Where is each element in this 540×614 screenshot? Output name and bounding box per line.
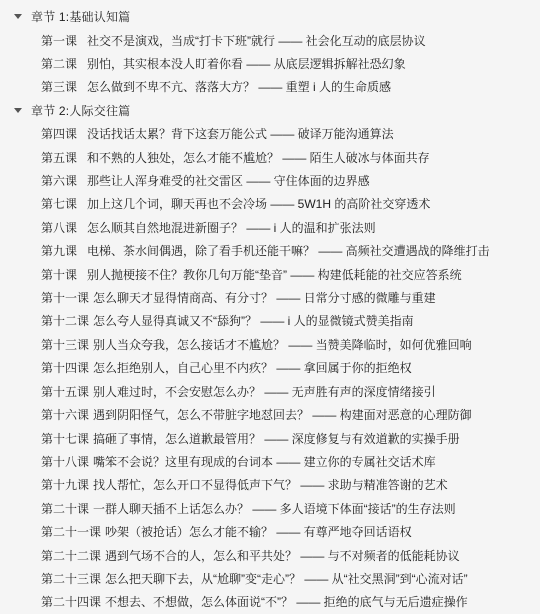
lesson-row[interactable]: 第四课没话找话太累？背下这套万能公式 —— 破译万能沟通算法 [0, 122, 540, 145]
lesson-title: 没话找话太累？背下这套万能公式 —— 破译万能沟通算法 [87, 125, 394, 142]
lesson-row[interactable]: 第十六课遇到阴阳怪气，怎么不带脏字地怼回去？ —— 构建面对恶意的心理防御 [0, 403, 540, 426]
lesson-label: 第二十三课 [41, 570, 101, 587]
lesson-row[interactable]: 第十九课找人帮忙，怎么开口不显得低声下气？ —— 求助与精准答谢的艺术 [0, 473, 540, 496]
section-heading: 章节 2:人际交往篇 [31, 102, 130, 119]
lesson-title: 遇到气场不合的人，怎么和平共处？ —— 与不对频者的低能耗协议 [105, 547, 460, 564]
lesson-title: 嘴笨不会说？这里有现成的台词本 —— 建立你的专属社交话术库 [93, 453, 436, 470]
lesson-title: 别怕，其实根本没人盯着你看 —— 从底层逻辑拆解社恐幻象 [87, 55, 406, 72]
lesson-label: 第十三课 [41, 336, 89, 353]
lesson-row[interactable]: 第二十三课怎么把天聊下去，从“尬聊”变“走心”？ —— 从“社交黑洞”到“心流对… [0, 567, 540, 590]
lesson-label: 第五课 [41, 149, 77, 166]
lesson-row[interactable]: 第二十四课不想去、不想做，怎么体面说“不”？ —— 拒绝的底气与无后遗症操作 [0, 590, 540, 613]
lesson-row[interactable]: 第十三课别人当众夸我，怎么接话才不尴尬？ —— 当赞美降临时，如何优雅回响 [0, 333, 540, 356]
section-heading: 章节 1:基础认知篇 [31, 8, 130, 25]
lesson-label: 第十九课 [41, 476, 89, 493]
lesson-label: 第四课 [41, 125, 77, 142]
lesson-label: 第一课 [41, 32, 77, 49]
lesson-row[interactable]: 第一课社交不是演戏，当成“打卡下班”就行 —— 社会化互动的底层协议 [0, 28, 540, 51]
lesson-title: 怎么聊天才显得情商高、有分寸？ —— 日常分寸感的微雕与重建 [93, 289, 436, 306]
lesson-row[interactable]: 第九课电梯、茶水间偶遇，除了看手机还能干嘛？ —— 高频社交遭遇战的降维打击 [0, 239, 540, 262]
lesson-label: 第二十课 [41, 500, 89, 517]
chevron-down-icon[interactable] [14, 108, 22, 113]
lesson-row[interactable]: 第六课那些让人浑身难受的社交雷区 —— 守住体面的边界感 [0, 169, 540, 192]
lesson-label: 第十七课 [41, 430, 89, 447]
lesson-label: 第二十一课 [41, 523, 101, 540]
lesson-title: 别人当众夸我，怎么接话才不尴尬？ —— 当赞美降临时，如何优雅回响 [93, 336, 472, 353]
lesson-row[interactable]: 第二十一课吵架（被抢话）怎么才能不输？ —— 有尊严地夺回话语权 [0, 520, 540, 543]
section-header[interactable]: 章节 1:基础认知篇 [0, 5, 540, 28]
lesson-title: 怎么做到不卑不亢、落落大方？ —— 重塑 i 人的生命质感 [87, 78, 391, 95]
lesson-title: 别人难过时，不会安慰怎么办？ —— 无声胜有声的深度情绪接引 [93, 383, 436, 400]
lesson-title: 别人抛梗接不住？教你几句万能“垫音” —— 构建低耗能的社交应答系统 [87, 266, 462, 283]
lesson-title: 社交不是演戏，当成“打卡下班”就行 —— 社会化互动的底层协议 [87, 32, 426, 49]
section-header[interactable]: 章节 2:人际交往篇 [0, 99, 540, 122]
lesson-label: 第九课 [41, 242, 77, 259]
lesson-label: 第十六课 [41, 406, 89, 423]
lesson-row[interactable]: 第十八课嘴笨不会说？这里有现成的台词本 —— 建立你的专属社交话术库 [0, 450, 540, 473]
lesson-row[interactable]: 第十七课搞砸了事情，怎么道歉最管用？ —— 深度修复与有效道歉的实操手册 [0, 426, 540, 449]
lesson-row[interactable]: 第十四课怎么拒绝别人，自己心里不内疚？ —— 拿回属于你的拒绝权 [0, 356, 540, 379]
lesson-label: 第二课 [41, 55, 77, 72]
lesson-title: 怎么拒绝别人，自己心里不内疚？ —— 拿回属于你的拒绝权 [93, 359, 412, 376]
lesson-title: 遇到阴阳怪气，怎么不带脏字地怼回去？ —— 构建面对恶意的心理防御 [93, 406, 472, 423]
lesson-row[interactable]: 第二课别怕，其实根本没人盯着你看 —— 从底层逻辑拆解社恐幻象 [0, 52, 540, 75]
lesson-row[interactable]: 第五课和不熟的人独处，怎么才能不尴尬？ —— 陌生人破冰与体面共存 [0, 145, 540, 168]
lesson-title: 不想去、不想做，怎么体面说“不”？ —— 拒绝的底气与无后遗症操作 [105, 593, 468, 610]
lesson-row[interactable]: 第十课别人抛梗接不住？教你几句万能“垫音” —— 构建低耗能的社交应答系统 [0, 262, 540, 285]
lesson-title: 加上这几个词，聊天再也不会冷场 —— 5W1H 的高阶社交穿透术 [87, 195, 430, 212]
lesson-label: 第十五课 [41, 383, 89, 400]
lesson-label: 第二十二课 [41, 547, 101, 564]
chevron-down-icon[interactable] [14, 14, 22, 19]
lesson-label: 第二十四课 [41, 593, 101, 610]
lesson-row[interactable]: 第二十二课遇到气场不合的人，怎么和平共处？ —— 与不对频者的低能耗协议 [0, 543, 540, 566]
lesson-title: 吵架（被抢话）怎么才能不输？ —— 有尊严地夺回话语权 [105, 523, 412, 540]
lesson-row[interactable]: 第十五课别人难过时，不会安慰怎么办？ —— 无声胜有声的深度情绪接引 [0, 380, 540, 403]
lesson-label: 第十一课 [41, 289, 89, 306]
lesson-row[interactable]: 第十二课怎么夸人显得真诚又不“舔狗”？ —— i 人的显微镜式赞美指南 [0, 309, 540, 332]
lesson-title: 和不熟的人独处，怎么才能不尴尬？ —— 陌生人破冰与体面共存 [87, 149, 430, 166]
lesson-row[interactable]: 第三课怎么做到不卑不亢、落落大方？ —— 重塑 i 人的生命质感 [0, 75, 540, 98]
lesson-label: 第三课 [41, 78, 77, 95]
lesson-title: 怎么顺其自然地混进新圈子？ —— i 人的温和扩张法则 [87, 219, 376, 236]
lesson-title: 找人帮忙，怎么开口不显得低声下气？ —— 求助与精准答谢的艺术 [93, 476, 448, 493]
lesson-title: 怎么夸人显得真诚又不“舔狗”？ —— i 人的显微镜式赞美指南 [93, 312, 414, 329]
course-outline: 章节 1:基础认知篇第一课社交不是演戏，当成“打卡下班”就行 —— 社会化互动的… [0, 0, 540, 614]
lesson-title: 怎么把天聊下去，从“尬聊”变“走心”？ —— 从“社交黑洞”到“心流对话” [105, 570, 468, 587]
lesson-row[interactable]: 第七课加上这几个词，聊天再也不会冷场 —— 5W1H 的高阶社交穿透术 [0, 192, 540, 215]
lesson-label: 第七课 [41, 195, 77, 212]
lesson-label: 第十二课 [41, 312, 89, 329]
lesson-label: 第六课 [41, 172, 77, 189]
lesson-label: 第八课 [41, 219, 77, 236]
lesson-row[interactable]: 第二十课一群人聊天插不上话怎么办？ —— 多人语境下体面“接话”的生存法则 [0, 497, 540, 520]
lesson-title: 一群人聊天插不上话怎么办？ —— 多人语境下体面“接话”的生存法则 [93, 500, 456, 517]
lesson-title: 那些让人浑身难受的社交雷区 —— 守住体面的边界感 [87, 172, 370, 189]
lesson-label: 第十课 [41, 266, 77, 283]
lesson-title: 电梯、茶水间偶遇，除了看手机还能干嘛？ —— 高频社交遭遇战的降维打击 [87, 242, 490, 259]
lesson-row[interactable]: 第十一课怎么聊天才显得情商高、有分寸？ —— 日常分寸感的微雕与重建 [0, 286, 540, 309]
lesson-title: 搞砸了事情，怎么道歉最管用？ —— 深度修复与有效道歉的实操手册 [93, 430, 460, 447]
lesson-row[interactable]: 第八课怎么顺其自然地混进新圈子？ —— i 人的温和扩张法则 [0, 216, 540, 239]
lesson-label: 第十八课 [41, 453, 89, 470]
lesson-label: 第十四课 [41, 359, 89, 376]
